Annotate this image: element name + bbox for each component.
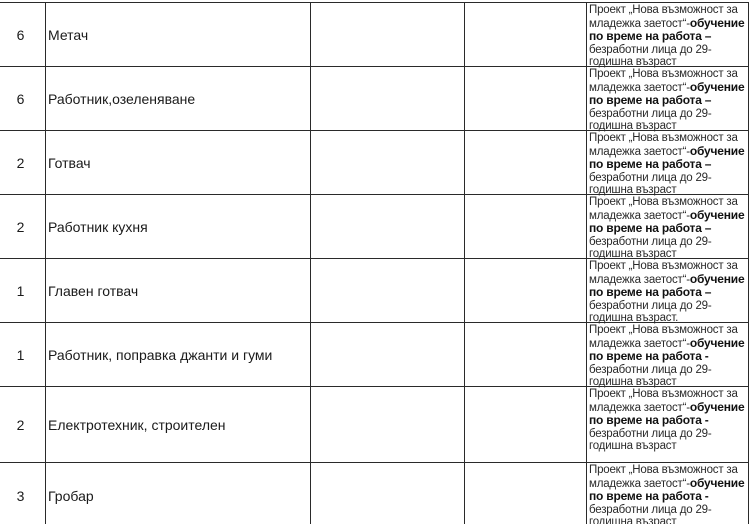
count-cell: 1 <box>0 323 46 386</box>
program-note-cell: Проект „Нова възможност за младежка зает… <box>587 259 749 322</box>
empty-cell <box>465 323 587 386</box>
program-note-text: безработни лица до 29-годишна възраст <box>589 364 711 389</box>
position-cell: Главен готвач <box>46 259 311 322</box>
program-note-text: безработни лица до 29-годишна възраст <box>589 172 711 197</box>
program-note-text: безработни лица до 29-годишна възраст <box>589 108 711 133</box>
program-note-cell: Проект „Нова възможност за младежка зает… <box>587 3 749 66</box>
empty-cell <box>311 67 465 130</box>
empty-cell <box>311 323 465 386</box>
position-cell: Готвач <box>46 131 311 194</box>
position-cell: Метач <box>46 3 311 66</box>
table-row: 6МетачПроект „Нова възможност за младежк… <box>0 2 749 66</box>
program-note-cell: Проект „Нова възможност за младежка зает… <box>587 463 749 524</box>
empty-cell <box>465 195 587 258</box>
program-note-cell: Проект „Нова възможност за младежка зает… <box>587 131 749 194</box>
empty-cell <box>311 463 465 524</box>
count-cell: 1 <box>0 259 46 322</box>
program-note-text: безработни лица до 29-годишна възраст. <box>589 300 711 325</box>
table-row: 3ГробарПроект „Нова възможност за младеж… <box>0 462 749 524</box>
position-cell: Електротехник, строителен <box>46 387 311 462</box>
count-cell: 2 <box>0 387 46 462</box>
program-note-text: безработни лица до 29-годишна възраст <box>589 504 711 524</box>
program-note-text: безработни лица до 29-годишна възраст <box>589 44 711 69</box>
empty-cell <box>465 463 587 524</box>
empty-cell <box>465 259 587 322</box>
count-cell: 6 <box>0 67 46 130</box>
count-cell: 6 <box>0 3 46 66</box>
program-note-cell: Проект „Нова възможност за младежка зает… <box>587 195 749 258</box>
program-note-cell: Проект „Нова възможност за младежка зает… <box>587 67 749 130</box>
table-row: 2Работник кухняПроект „Нова възможност з… <box>0 194 749 258</box>
program-note-text: безработни лица до 29-годишна възраст <box>589 236 711 261</box>
empty-cell <box>465 3 587 66</box>
count-cell: 3 <box>0 463 46 524</box>
count-cell: 2 <box>0 195 46 258</box>
position-cell: Гробар <box>46 463 311 524</box>
empty-cell <box>311 3 465 66</box>
empty-cell <box>311 259 465 322</box>
table-row: 6Работник,озеленяванеПроект „Нова възмож… <box>0 66 749 130</box>
position-cell: Работник, поправка джанти и гуми <box>46 323 311 386</box>
program-note-cell: Проект „Нова възможност за младежка зает… <box>587 387 749 462</box>
empty-cell <box>465 131 587 194</box>
empty-cell <box>311 387 465 462</box>
table-row: 2Електротехник, строителенПроект „Нова в… <box>0 386 749 462</box>
empty-cell <box>311 131 465 194</box>
empty-cell <box>465 387 587 462</box>
job-positions-table: 6МетачПроект „Нова възможност за младежк… <box>0 2 749 524</box>
program-note-text: безработни лица до 29-годишна възраст <box>589 428 711 453</box>
position-cell: Работник,озеленяване <box>46 67 311 130</box>
program-note-cell: Проект „Нова възможност за младежка зает… <box>587 323 749 386</box>
empty-cell <box>465 67 587 130</box>
empty-cell <box>311 195 465 258</box>
count-cell: 2 <box>0 131 46 194</box>
table-row: 1Главен готвачПроект „Нова възможност за… <box>0 258 749 322</box>
position-cell: Работник кухня <box>46 195 311 258</box>
table-row: 1Работник, поправка джанти и гумиПроект … <box>0 322 749 386</box>
table-row: 2ГотвачПроект „Нова възможност за младеж… <box>0 130 749 194</box>
